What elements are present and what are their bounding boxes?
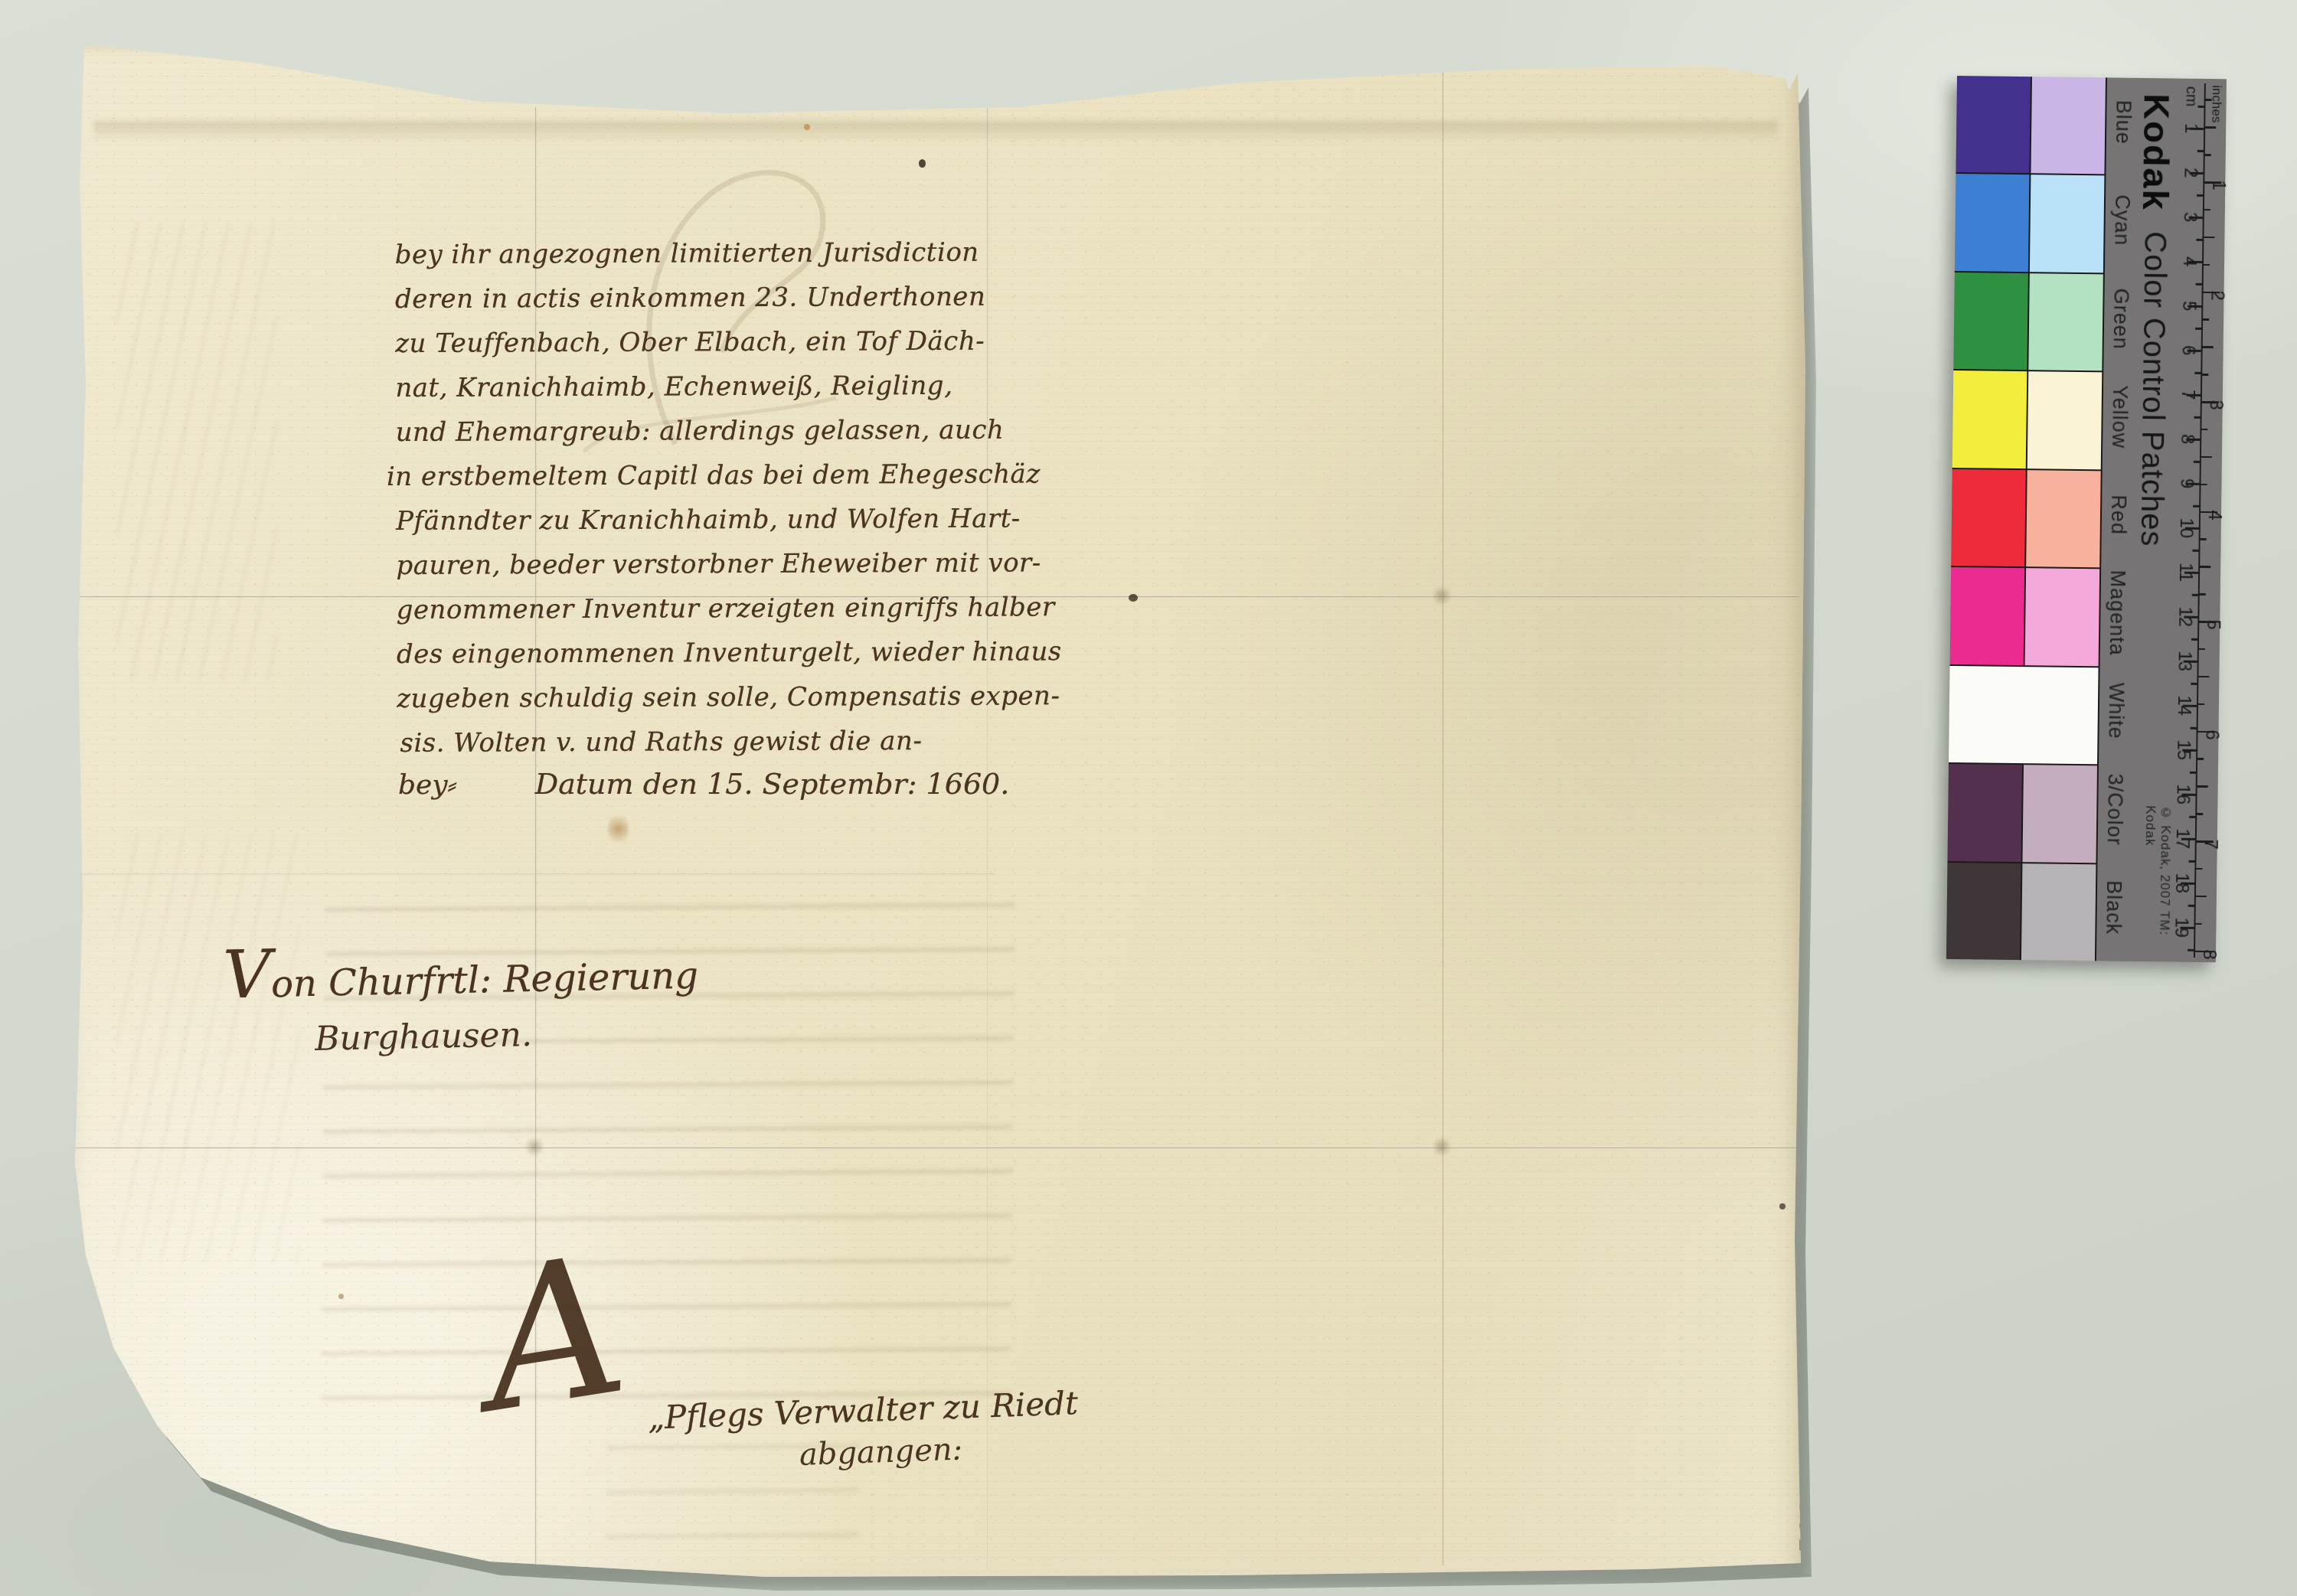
dateline-prefix: bey⸗ bbox=[398, 769, 457, 801]
crease-pinch bbox=[1432, 1137, 1452, 1157]
ruler-number: 1 bbox=[2180, 123, 2201, 134]
ruler-tick bbox=[2191, 727, 2198, 729]
patch-row bbox=[1951, 469, 2101, 570]
ruler-number: 7 bbox=[2200, 839, 2221, 850]
tint-patch-magenta bbox=[2025, 568, 2100, 666]
patch-row bbox=[1956, 76, 2106, 176]
ruler-tick bbox=[2203, 318, 2209, 321]
manuscript-line: Pfänndter zu Kranichhaimb, und Wolfen Ha… bbox=[396, 496, 1100, 543]
closing-note: „Pflegs Verwalter zu Riedt abgangen: bbox=[647, 1384, 1080, 1478]
ruler-number: 4 bbox=[2178, 256, 2200, 267]
manuscript-line: sis. Wolten v. und Raths gewist die an- bbox=[400, 718, 1101, 765]
patch-label: Blue bbox=[2111, 100, 2135, 145]
patch-label: White bbox=[2103, 683, 2128, 739]
color-patch-cyan bbox=[1955, 174, 2031, 272]
manuscript-line: zugeben schuldig sein solle, Compensatis… bbox=[397, 674, 1101, 721]
manuscript-line: bey ihr angezognen limitierten Jurisdict… bbox=[394, 230, 1099, 277]
ruler-tick bbox=[2205, 154, 2211, 156]
photo-scene: bey ihr angezognen limitierten Jurisdict… bbox=[0, 0, 2297, 1596]
ruler-tick bbox=[2190, 772, 2197, 774]
ruler-tick bbox=[2194, 416, 2202, 419]
ruler-tick bbox=[2201, 429, 2207, 431]
color-patch-black bbox=[1946, 862, 2023, 960]
ruler-number: 3 bbox=[2179, 212, 2201, 223]
patch-row bbox=[1947, 764, 2097, 864]
ruler-tick bbox=[2196, 239, 2204, 241]
manuscript-line: des eingenommenen Inventurgelt, wieder h… bbox=[397, 629, 1101, 677]
kodak-color-strip: BlueCyanGreenYellowRedMagentaWhite3/Colo… bbox=[1946, 76, 2227, 962]
crease-pinch bbox=[1432, 586, 1452, 605]
ruler-tick bbox=[2193, 505, 2201, 508]
color-patch-green bbox=[1953, 273, 2030, 370]
manuscript-page: bey ihr angezognen limitierten Jurisdict… bbox=[70, 31, 1807, 1578]
ruler-number: 5 bbox=[2202, 619, 2223, 630]
manuscript-text-block: bey ihr angezognen limitierten Jurisdict… bbox=[394, 230, 1101, 765]
color-patch-yellow bbox=[1952, 370, 2029, 468]
ruler-number: 10 bbox=[2175, 517, 2197, 538]
patch-label: Red bbox=[2106, 494, 2131, 535]
tint-patch-red bbox=[2026, 470, 2101, 568]
top-fold-shading bbox=[93, 121, 1778, 142]
ruler-tick bbox=[2197, 758, 2204, 760]
patch-row bbox=[1946, 862, 2096, 961]
ruler-number: 4 bbox=[2204, 510, 2225, 521]
ruler-number: 13 bbox=[2174, 651, 2195, 671]
tint-patch-blue bbox=[2031, 77, 2106, 175]
ruler-number: 11 bbox=[2174, 563, 2196, 582]
ruler-tick bbox=[2194, 372, 2202, 374]
ruler-number: 7 bbox=[2177, 390, 2198, 400]
tint-patch-black bbox=[2021, 863, 2096, 961]
ruler-tick bbox=[2201, 484, 2207, 486]
ruler-tick bbox=[2204, 237, 2214, 239]
ruler-number: 8 bbox=[2176, 434, 2197, 445]
manuscript-line: genommener Inventur erzeigten eingriffs … bbox=[397, 585, 1101, 632]
ruler-tick bbox=[2197, 813, 2203, 815]
patch-label: Yellow bbox=[2107, 385, 2132, 449]
ruler-number: 9 bbox=[2175, 478, 2197, 489]
ink-spot bbox=[1779, 1203, 1786, 1209]
ruler-tick bbox=[2192, 550, 2200, 552]
color-patch-magenta bbox=[1950, 567, 2027, 665]
closing-status: abgangen: bbox=[799, 1428, 1080, 1473]
ruler-tick bbox=[2197, 194, 2204, 197]
manuscript-line: in erstbemeltem Capitl das bei dem Ehege… bbox=[387, 452, 1100, 499]
tint-patch-yellow bbox=[2027, 371, 2103, 469]
signature-block: Von Churfrtl: Regierung Burghausen. bbox=[222, 928, 700, 1061]
ruler-number: 17 bbox=[2171, 828, 2193, 849]
patch-label: Cyan bbox=[2109, 194, 2134, 246]
ruler-cm-label: cm bbox=[2182, 86, 2200, 107]
ruler-tick bbox=[2200, 566, 2210, 568]
ruler-tick bbox=[2189, 816, 2197, 818]
ruler-number: 12 bbox=[2174, 606, 2195, 627]
fold-crease-horizontal bbox=[75, 1147, 1798, 1149]
ruler-tick bbox=[2206, 99, 2212, 101]
patch-row bbox=[1955, 174, 2105, 274]
ruler-tick bbox=[2196, 896, 2207, 898]
fold-crease-horizontal bbox=[77, 873, 995, 875]
ruler-number: 2 bbox=[2179, 168, 2201, 178]
ink-spot bbox=[1129, 594, 1138, 602]
ruler-number: 8 bbox=[2198, 949, 2220, 960]
fold-crease-vertical bbox=[1442, 73, 1444, 1565]
stain bbox=[608, 813, 629, 845]
patch-label: Green bbox=[2109, 288, 2133, 349]
ruler-tick bbox=[2205, 126, 2216, 129]
ruler-number: 15 bbox=[2172, 739, 2194, 760]
strip-label-panel: BlueCyanGreenYellowRedMagentaWhite3/Colo… bbox=[2096, 77, 2227, 962]
ruler-tick bbox=[2198, 106, 2206, 108]
ruler-number: 1 bbox=[2207, 180, 2229, 191]
dateline-date: Datum den 15. Septembr: 1660. bbox=[535, 767, 1010, 801]
fleck bbox=[804, 124, 810, 130]
ruler-tick bbox=[2191, 683, 2198, 685]
ruler-tick bbox=[2198, 676, 2209, 678]
ruler-tick bbox=[2201, 456, 2212, 459]
ruler-number: 18 bbox=[2171, 873, 2192, 893]
ruler-tick bbox=[2197, 785, 2208, 788]
ruler-tick bbox=[2188, 949, 2195, 951]
ruler-tick bbox=[2188, 905, 2196, 907]
color-patch-red bbox=[1951, 469, 2027, 567]
ruler-tick bbox=[2200, 593, 2206, 596]
tint-patch-cyan bbox=[2030, 175, 2105, 273]
ruler-tick bbox=[2198, 703, 2204, 706]
patch-row bbox=[1952, 370, 2103, 471]
ink-bleedthrough bbox=[116, 222, 277, 681]
ruler-tick bbox=[2204, 264, 2210, 266]
patch-row bbox=[1953, 273, 2103, 373]
fleck bbox=[338, 1294, 344, 1299]
color-patch-3/color bbox=[1947, 764, 2024, 862]
copyright-text: © Kodak, 2007 TM: Kodak bbox=[2141, 805, 2173, 961]
patch-row bbox=[1949, 666, 2099, 766]
patch-label: Black bbox=[2101, 880, 2125, 935]
ruler-number: 16 bbox=[2171, 784, 2193, 805]
ruler-number: 2 bbox=[2206, 290, 2227, 301]
tint-patch-3/color bbox=[2022, 765, 2097, 863]
signature-issuer: Von Churfrtl: Regierung bbox=[222, 928, 698, 1014]
crease-pinch bbox=[524, 1137, 544, 1157]
ruler-tick bbox=[2197, 150, 2205, 152]
ruler-tick bbox=[2188, 860, 2196, 863]
ruler-number: 6 bbox=[2201, 729, 2222, 740]
ruler-tick bbox=[2195, 328, 2203, 330]
closing-addressee: „Pflegs Verwalter zu Riedt bbox=[647, 1384, 1078, 1437]
ruler-tick bbox=[2199, 648, 2205, 651]
ruler-number: 6 bbox=[2178, 345, 2199, 356]
ruler-tick bbox=[2196, 868, 2202, 870]
ruler-tick bbox=[2195, 923, 2201, 925]
manuscript-line: zu Teuffenbach, Ober Elbach, ein Tof Däc… bbox=[395, 318, 1099, 366]
kodak-logo-text: Kodak bbox=[2135, 93, 2178, 211]
ink-spot bbox=[919, 159, 926, 168]
ruler-tick bbox=[2192, 594, 2200, 596]
color-patch-blue bbox=[1956, 76, 2032, 174]
ruler-number: 3 bbox=[2205, 400, 2227, 410]
ruler-tick bbox=[2202, 374, 2208, 376]
brand-title: Kodak Color Control Patches bbox=[2131, 93, 2178, 547]
ruler-tick bbox=[2191, 638, 2199, 641]
ruler-inches-label: inches bbox=[2208, 85, 2224, 122]
manuscript-line: nat, Kranichhaimb, Echenweiß, Reigling, bbox=[395, 363, 1099, 410]
signature-place: Burghausen. bbox=[315, 1011, 700, 1059]
ruler-number: 5 bbox=[2178, 301, 2199, 312]
ruler: cm inches 123456789101112131415161718191… bbox=[2170, 79, 2227, 963]
ruler-number: 14 bbox=[2173, 695, 2194, 716]
patch-row bbox=[1950, 567, 2100, 667]
manuscript-dateline: bey⸗Datum den 15. Septembr: 1660. bbox=[398, 767, 1009, 801]
patch-label: 3/Color bbox=[2103, 773, 2127, 845]
ruler-tick bbox=[2203, 346, 2214, 348]
color-patch-white bbox=[1949, 666, 2099, 765]
patch-label: Magenta bbox=[2105, 570, 2129, 656]
manuscript-line: und Ehemargreub: allerdings gelassen, au… bbox=[395, 407, 1099, 455]
ruler-tick bbox=[2194, 461, 2201, 463]
ruler-tick bbox=[2196, 283, 2204, 286]
manuscript-line: deren in actis einkommen 23. Underthonen bbox=[395, 274, 1099, 321]
ruler-number: 19 bbox=[2170, 917, 2191, 938]
ruler-tick bbox=[2201, 538, 2207, 540]
ruler-tick bbox=[2204, 209, 2210, 211]
strip-title: Color Control Patches bbox=[2135, 231, 2172, 547]
manuscript-line: pauren, beeder verstorbner Eheweiber mit… bbox=[396, 540, 1100, 588]
color-patch-grid bbox=[1946, 76, 2107, 961]
tint-patch-green bbox=[2028, 273, 2103, 371]
closing-flourish-initial: A bbox=[470, 1229, 636, 1439]
